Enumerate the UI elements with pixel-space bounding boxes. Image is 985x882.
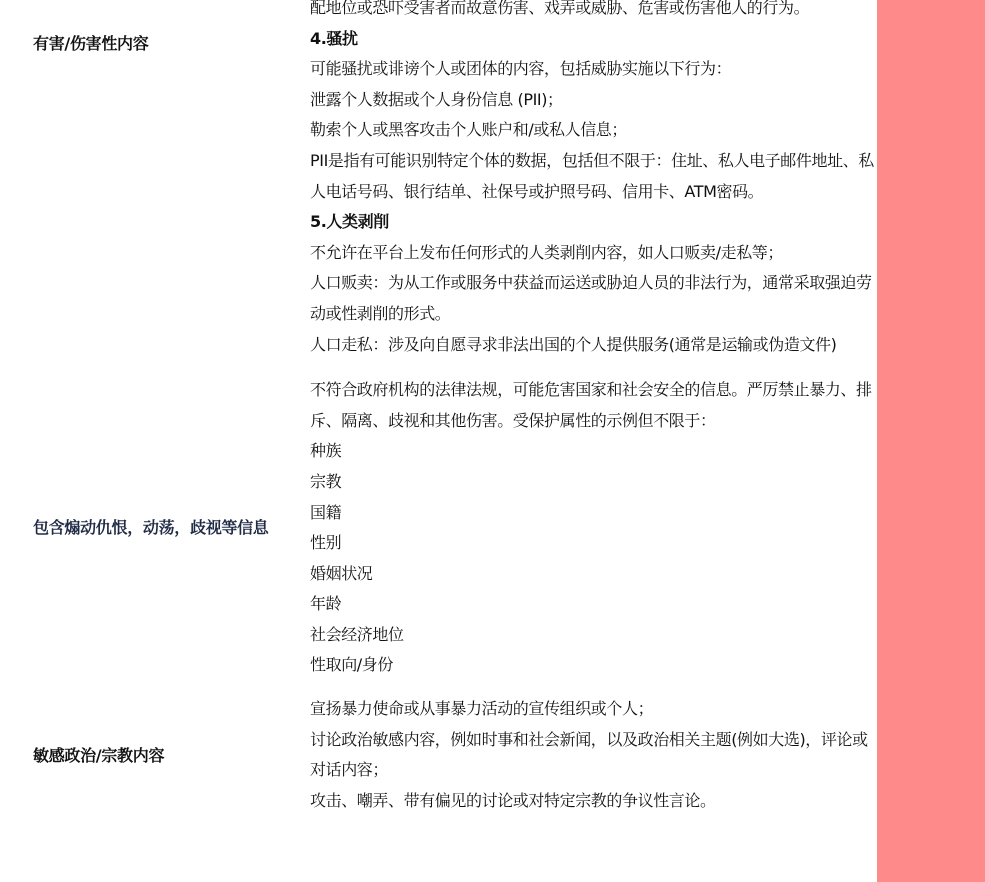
description-line: 勒索个人或黑客攻击个人账户和/或私人信息；	[310, 115, 877, 146]
category-description: 宣扬暴力使命或从事暴力活动的宣传组织或个人； 讨论政治敏感内容，例如时事和社会新…	[310, 687, 877, 822]
content-policy-table: 有害/伤害性内容 配地位或恐吓受害者而故意伤害、戏弄或威胁、危害或伤害他人的行为…	[0, 0, 877, 822]
category-description: 配地位或恐吓受害者而故意伤害、戏弄或威胁、危害或伤害他人的行为。 4.骚扰 可能…	[310, 0, 877, 366]
table-row-hate-discrimination: 包含煽动仇恨，动荡，歧视等信息 不符合政府机构的法律法规，可能危害国家和社会安全…	[0, 366, 877, 687]
side-panel-strip	[877, 0, 985, 882]
protected-attribute-item: 社会经济地位	[310, 620, 877, 651]
description-line: 配地位或恐吓受害者而故意伤害、戏弄或威胁、危害或伤害他人的行为。	[310, 0, 877, 24]
description-line: 不符合政府机构的法律法规，可能危害国家和社会安全的信息。严厉禁止暴力、排斥、隔离…	[310, 375, 874, 436]
description-line: 人口走私：涉及向自愿寻求非法出国的个人提供服务(通常是运输或伪造文件)	[310, 330, 874, 361]
protected-attribute-item: 种族	[310, 436, 877, 467]
description-line: 人口贩卖：为从工作或服务中获益而运送或胁迫人员的非法行为，通常采取强迫劳动或性剥…	[310, 268, 874, 329]
policy-document: 有害/伤害性内容 配地位或恐吓受害者而故意伤害、戏弄或威胁、危害或伤害他人的行为…	[0, 0, 877, 882]
protected-attribute-item: 性别	[310, 528, 877, 559]
table-row-harmful-content: 有害/伤害性内容 配地位或恐吓受害者而故意伤害、戏弄或威胁、危害或伤害他人的行为…	[0, 0, 877, 366]
protected-attribute-item: 国籍	[310, 498, 877, 529]
protected-attribute-item: 性取向/身份	[310, 650, 877, 681]
description-line: 讨论政治敏感内容，例如时事和社会新闻，以及政治相关主题(例如大选)，评论或对话内…	[310, 725, 874, 786]
protected-attribute-item: 婚姻状况	[310, 559, 877, 590]
category-description: 不符合政府机构的法律法规，可能危害国家和社会安全的信息。严厉禁止暴力、排斥、隔离…	[310, 366, 877, 687]
section-heading-human-exploitation: 5.人类剥削	[310, 207, 877, 238]
description-line: 攻击、嘲弄、带有偏见的讨论或对特定宗教的争议性言论。	[310, 786, 877, 817]
category-label: 敏感政治/宗教内容	[0, 687, 310, 822]
section-heading-harassment: 4.骚扰	[310, 24, 877, 55]
description-line: 不允许在平台上发布任何形式的人类剥削内容，如人口贩卖/走私等；	[310, 238, 877, 269]
description-line: 宣扬暴力使命或从事暴力活动的宣传组织或个人；	[310, 694, 877, 725]
description-line: 可能骚扰或诽谤个人或团体的内容，包括威胁实施以下行为：	[310, 54, 877, 85]
description-line: PII是指有可能识别特定个体的数据，包括但不限于：住址、私人电子邮件地址、私人电…	[310, 146, 874, 207]
category-label: 包含煽动仇恨，动荡，歧视等信息	[0, 366, 310, 687]
protected-attribute-item: 宗教	[310, 467, 877, 498]
description-line: 泄露个人数据或个人身份信息 (PII)；	[310, 85, 877, 116]
protected-attribute-item: 年龄	[310, 589, 877, 620]
table-row-political-religious: 敏感政治/宗教内容 宣扬暴力使命或从事暴力活动的宣传组织或个人； 讨论政治敏感内…	[0, 687, 877, 822]
category-label: 有害/伤害性内容	[0, 0, 310, 366]
